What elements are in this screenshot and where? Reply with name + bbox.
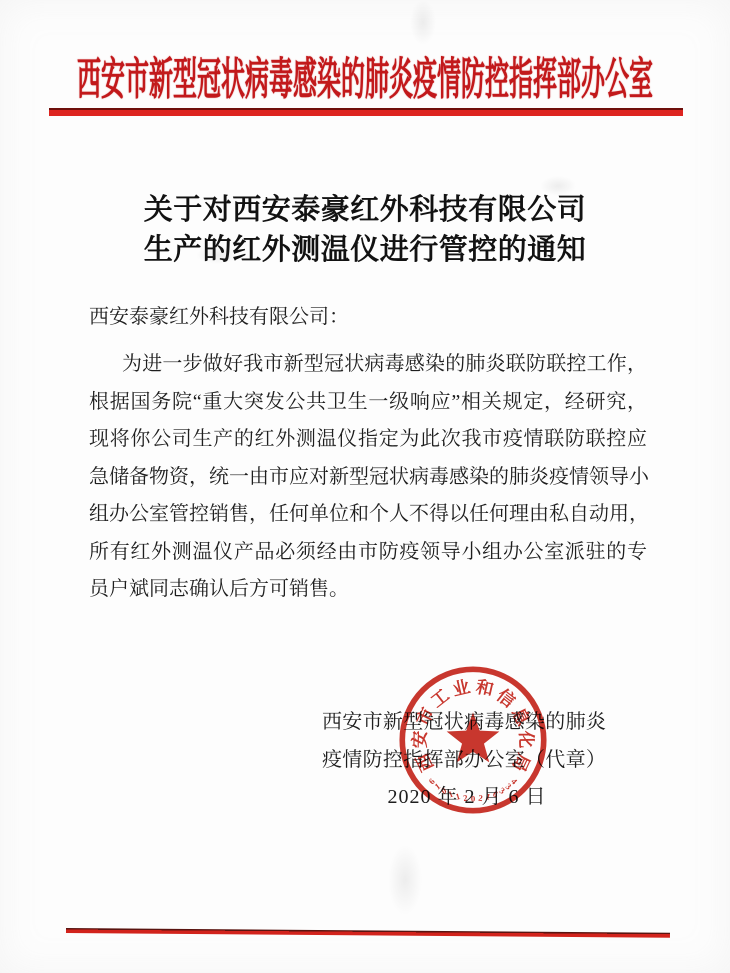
letterhead-agency-name: 西安市新型冠状病毒感染的肺炎疫情防控指挥部办公室 xyxy=(0,42,730,107)
body-line: 为进一步做好我市新型冠状病毒感染的肺炎联防联控工作， xyxy=(89,346,647,384)
body-line: 员户斌同志确认后方可销售。 xyxy=(89,571,647,609)
seal-arc-char: 西 xyxy=(412,750,438,775)
seal-arc-char: 业 xyxy=(450,676,472,700)
body-line: 组办公室管控销售，任何单位和个人不得以任何理由私自动用， xyxy=(89,496,647,534)
seal-arc-char: 工 xyxy=(427,685,453,712)
scan-smudge xyxy=(410,0,436,45)
body-line: 所有红外测温仪产品必须经由市防疫领导小组办公室派驻的专 xyxy=(89,534,647,572)
document-title-line-2: 生产的红外测温仪进行管控的通知 xyxy=(0,230,730,270)
seal-number-digit: 1 xyxy=(447,789,455,800)
seal-arc-char: 息 xyxy=(508,704,534,729)
document-page: 西安市新型冠状病毒感染的肺炎疫情防控指挥部办公室 关于对西安泰豪红外科技有限公司… xyxy=(0,0,730,973)
footer-rule xyxy=(66,928,670,938)
document-title: 关于对西安泰豪红外科技有限公司 生产的红外测温仪进行管控的通知 xyxy=(0,190,730,270)
addressee-line: 西安泰豪红外科技有限公司： xyxy=(89,302,349,332)
body-paragraph: 为进一步做好我市新型冠状病毒感染的肺炎联防联控工作， 根据国务院“重大突发公共卫… xyxy=(89,346,647,609)
document-title-line-1: 关于对西安泰豪红外科技有限公司 xyxy=(0,190,730,230)
body-line: 现将你公司生产的红外测温仪指定为此次我市疫情联防联控应 xyxy=(89,421,647,459)
seal-number-digit: 1 xyxy=(485,791,492,802)
seal-arc-char: 化 xyxy=(516,730,536,749)
star-icon xyxy=(447,712,500,762)
seal-arc-char: 和 xyxy=(474,676,495,699)
scan-smudge xyxy=(388,845,422,915)
seal-number-digit: 0 xyxy=(471,793,476,803)
official-seal: 西 安 市 工 业 和 信 息 化 局 6 1 0 1 1 2 0 2 1 6 … xyxy=(391,658,555,822)
seal-arc-char: 局 xyxy=(509,750,534,774)
seal-arc-char: 信 xyxy=(493,685,519,712)
seal-number-digit: 2 xyxy=(463,793,469,803)
body-line: 根据国务院“重大突发公共卫生一级响应”相关规定，经研究， xyxy=(89,384,647,422)
letterhead-rule xyxy=(49,108,683,116)
seal-arc-char: 安 xyxy=(410,730,430,748)
seal-number-digit: 1 xyxy=(454,791,461,802)
body-line: 急储备物资，统一由市应对新型冠状病毒感染的肺炎疫情领导小 xyxy=(89,459,647,497)
seal-number-digit: 2 xyxy=(478,793,484,803)
seal-arc-char: 市 xyxy=(412,704,438,729)
